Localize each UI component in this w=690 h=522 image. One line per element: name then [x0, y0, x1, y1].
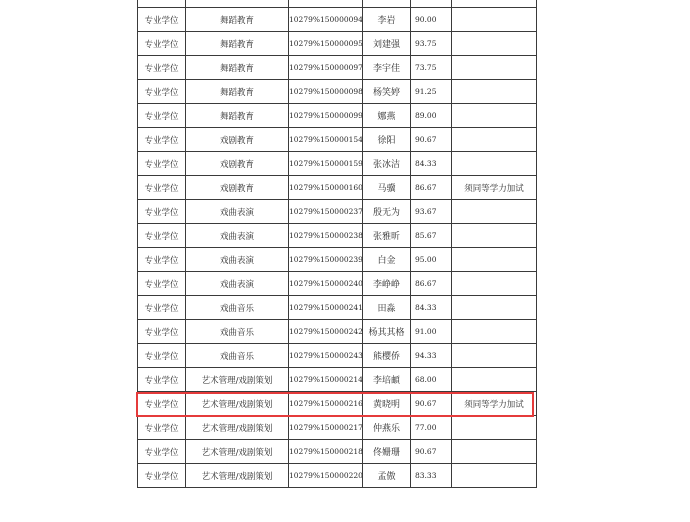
- candidate-id-cell: 10279%150000160: [289, 176, 363, 200]
- major-cell: 戏曲音乐: [186, 320, 289, 344]
- score-cell: 91.25: [411, 80, 452, 104]
- candidate-id-cell: 10279%150000243: [289, 344, 363, 368]
- admission-results-table: 专业学位舞蹈教育10279%150000094李岩90.00专业学位舞蹈教育10…: [137, 0, 537, 488]
- degree-type-cell: 专业学位: [138, 56, 186, 80]
- table-row: 专业学位舞蹈教育10279%150000097李宇佳73.75: [138, 56, 537, 80]
- name-cell: 李宇佳: [363, 56, 411, 80]
- name-cell: 杨其其格: [363, 320, 411, 344]
- candidate-id-cell: 10279%150000218: [289, 440, 363, 464]
- name-cell: 佟姗珊: [363, 440, 411, 464]
- table-row: 专业学位艺术管理/戏剧策划10279%150000217仲燕乐77.00: [138, 416, 537, 440]
- degree-type-cell: 专业学位: [138, 392, 186, 416]
- candidate-id-cell: 10279%150000214: [289, 368, 363, 392]
- major-cell: 戏曲音乐: [186, 344, 289, 368]
- name-cell: 仲燕乐: [363, 416, 411, 440]
- score-cell: 90.67: [411, 128, 452, 152]
- degree-type-cell: 专业学位: [138, 152, 186, 176]
- degree-type-cell: 专业学位: [138, 272, 186, 296]
- score-cell: 90.67: [411, 440, 452, 464]
- table-row: 专业学位戏剧教育10279%150000154徐阳90.67: [138, 128, 537, 152]
- score-cell: 86.67: [411, 176, 452, 200]
- degree-type-cell: 专业学位: [138, 176, 186, 200]
- degree-type-cell: 专业学位: [138, 128, 186, 152]
- major-cell: 舞蹈教育: [186, 80, 289, 104]
- note-cell: 须同等学力加试: [452, 176, 537, 200]
- score-cell: 93.67: [411, 200, 452, 224]
- major-cell: 戏曲表演: [186, 272, 289, 296]
- candidate-id-cell: 10279%150000238: [289, 224, 363, 248]
- major-cell: 艺术管理/戏剧策划: [186, 464, 289, 488]
- major-cell: [186, 0, 289, 8]
- note-cell: [452, 200, 537, 224]
- score-cell: 91.00: [411, 320, 452, 344]
- note-cell: 须同等学力加试: [452, 392, 537, 416]
- name-cell: 黄晓明: [363, 392, 411, 416]
- score-cell: 84.33: [411, 296, 452, 320]
- note-cell: [452, 104, 537, 128]
- table-row: 专业学位艺术管理/戏剧策划10279%150000220孟傲83.33: [138, 464, 537, 488]
- score-cell: 73.75: [411, 56, 452, 80]
- table-row: 专业学位戏剧教育10279%150000160马骥86.67须同等学力加试: [138, 176, 537, 200]
- major-cell: 舞蹈教育: [186, 56, 289, 80]
- candidate-id-cell: 10279%150000159: [289, 152, 363, 176]
- score-cell: 93.75: [411, 32, 452, 56]
- name-cell: 娜燕: [363, 104, 411, 128]
- note-cell: [452, 320, 537, 344]
- note-cell: [452, 56, 537, 80]
- name-cell: 熊樱侨: [363, 344, 411, 368]
- major-cell: 戏剧教育: [186, 176, 289, 200]
- major-cell: 舞蹈教育: [186, 32, 289, 56]
- score-cell: 85.67: [411, 224, 452, 248]
- note-cell: [452, 416, 537, 440]
- note-cell: [452, 248, 537, 272]
- major-cell: 戏曲表演: [186, 200, 289, 224]
- name-cell: 李峥峥: [363, 272, 411, 296]
- score-cell: 86.67: [411, 272, 452, 296]
- name-cell: 刘建强: [363, 32, 411, 56]
- score-cell: 83.33: [411, 464, 452, 488]
- degree-type-cell: 专业学位: [138, 8, 186, 32]
- name-cell: 杨笑婷: [363, 80, 411, 104]
- candidate-id-cell: 10279%150000220: [289, 464, 363, 488]
- table-row-highlighted: 专业学位艺术管理/戏剧策划10279%150000216黄晓明90.67须同等学…: [138, 392, 537, 416]
- score-cell: 89.00: [411, 104, 452, 128]
- candidate-id-cell: 10279%150000095: [289, 32, 363, 56]
- candidate-id-cell: 10279%150000239: [289, 248, 363, 272]
- major-cell: 艺术管理/戏剧策划: [186, 440, 289, 464]
- degree-type-cell: 专业学位: [138, 32, 186, 56]
- score-cell: 90.00: [411, 8, 452, 32]
- degree-type-cell: 专业学位: [138, 416, 186, 440]
- degree-type-cell: 专业学位: [138, 440, 186, 464]
- note-cell: [452, 224, 537, 248]
- score-cell: 84.33: [411, 152, 452, 176]
- table-row: 专业学位戏曲表演10279%150000240李峥峥86.67: [138, 272, 537, 296]
- degree-type-cell: 专业学位: [138, 224, 186, 248]
- degree-type-cell: [138, 0, 186, 8]
- degree-type-cell: 专业学位: [138, 344, 186, 368]
- major-cell: 舞蹈教育: [186, 8, 289, 32]
- table-row: 专业学位舞蹈教育10279%150000095刘建强93.75: [138, 32, 537, 56]
- major-cell: 舞蹈教育: [186, 104, 289, 128]
- name-cell: 田淼: [363, 296, 411, 320]
- note-cell: [452, 344, 537, 368]
- name-cell: 张雅昕: [363, 224, 411, 248]
- candidate-id-cell: 10279%150000216: [289, 392, 363, 416]
- candidate-id-cell: 10279%150000094: [289, 8, 363, 32]
- name-cell: 李岩: [363, 8, 411, 32]
- name-cell: 马骥: [363, 176, 411, 200]
- note-cell: [452, 128, 537, 152]
- table-row: 专业学位戏曲表演10279%150000239白金95.00: [138, 248, 537, 272]
- table-row: 专业学位艺术管理/戏剧策划10279%150000214李培頔68.00: [138, 368, 537, 392]
- table-row: 专业学位戏曲表演10279%150000238张雅昕85.67: [138, 224, 537, 248]
- major-cell: 艺术管理/戏剧策划: [186, 416, 289, 440]
- major-cell: 戏曲表演: [186, 248, 289, 272]
- degree-type-cell: 专业学位: [138, 248, 186, 272]
- major-cell: 戏曲音乐: [186, 296, 289, 320]
- degree-type-cell: 专业学位: [138, 296, 186, 320]
- note-cell: [452, 152, 537, 176]
- major-cell: 戏剧教育: [186, 128, 289, 152]
- document-page: 专业学位舞蹈教育10279%150000094李岩90.00专业学位舞蹈教育10…: [0, 0, 690, 522]
- table-row: 专业学位舞蹈教育10279%150000094李岩90.00: [138, 8, 537, 32]
- major-cell: 戏曲表演: [186, 224, 289, 248]
- note-cell: [452, 80, 537, 104]
- table-row: 专业学位戏曲音乐10279%150000243熊樱侨94.33: [138, 344, 537, 368]
- major-cell: 艺术管理/戏剧策划: [186, 392, 289, 416]
- name-cell: 张冰洁: [363, 152, 411, 176]
- degree-type-cell: 专业学位: [138, 368, 186, 392]
- table-row: [138, 0, 537, 8]
- name-cell: 孟傲: [363, 464, 411, 488]
- name-cell: 殷无为: [363, 200, 411, 224]
- score-cell: 77.00: [411, 416, 452, 440]
- degree-type-cell: 专业学位: [138, 200, 186, 224]
- candidate-id-cell: 10279%150000242: [289, 320, 363, 344]
- note-cell: [452, 464, 537, 488]
- degree-type-cell: 专业学位: [138, 464, 186, 488]
- note-cell: [452, 0, 537, 8]
- note-cell: [452, 440, 537, 464]
- candidate-id-cell: 10279%150000237: [289, 200, 363, 224]
- candidate-id-cell: 10279%150000154: [289, 128, 363, 152]
- table-row: 专业学位舞蹈教育10279%150000099娜燕89.00: [138, 104, 537, 128]
- table-row: 专业学位艺术管理/戏剧策划10279%150000218佟姗珊90.67: [138, 440, 537, 464]
- major-cell: 戏剧教育: [186, 152, 289, 176]
- note-cell: [452, 32, 537, 56]
- table-row: 专业学位戏曲表演10279%150000237殷无为93.67: [138, 200, 537, 224]
- degree-type-cell: 专业学位: [138, 104, 186, 128]
- score-cell: 94.33: [411, 344, 452, 368]
- score-cell: 68.00: [411, 368, 452, 392]
- table-row: 专业学位戏剧教育10279%150000159张冰洁84.33: [138, 152, 537, 176]
- table-row: 专业学位舞蹈教育10279%150000098杨笑婷91.25: [138, 80, 537, 104]
- score-cell: 90.67: [411, 392, 452, 416]
- candidate-id-cell: 10279%150000099: [289, 104, 363, 128]
- table-row: 专业学位戏曲音乐10279%150000242杨其其格91.00: [138, 320, 537, 344]
- candidate-id-cell: [289, 0, 363, 8]
- note-cell: [452, 272, 537, 296]
- name-cell: [363, 0, 411, 8]
- name-cell: 徐阳: [363, 128, 411, 152]
- note-cell: [452, 8, 537, 32]
- table-row: 专业学位戏曲音乐10279%150000241田淼84.33: [138, 296, 537, 320]
- score-cell: [411, 0, 452, 8]
- name-cell: 李培頔: [363, 368, 411, 392]
- candidate-id-cell: 10279%150000097: [289, 56, 363, 80]
- candidate-id-cell: 10279%150000098: [289, 80, 363, 104]
- major-cell: 艺术管理/戏剧策划: [186, 368, 289, 392]
- score-cell: 95.00: [411, 248, 452, 272]
- note-cell: [452, 368, 537, 392]
- degree-type-cell: 专业学位: [138, 80, 186, 104]
- degree-type-cell: 专业学位: [138, 320, 186, 344]
- table-body: 专业学位舞蹈教育10279%150000094李岩90.00专业学位舞蹈教育10…: [138, 0, 537, 488]
- name-cell: 白金: [363, 248, 411, 272]
- candidate-id-cell: 10279%150000241: [289, 296, 363, 320]
- note-cell: [452, 296, 537, 320]
- candidate-id-cell: 10279%150000217: [289, 416, 363, 440]
- candidate-id-cell: 10279%150000240: [289, 272, 363, 296]
